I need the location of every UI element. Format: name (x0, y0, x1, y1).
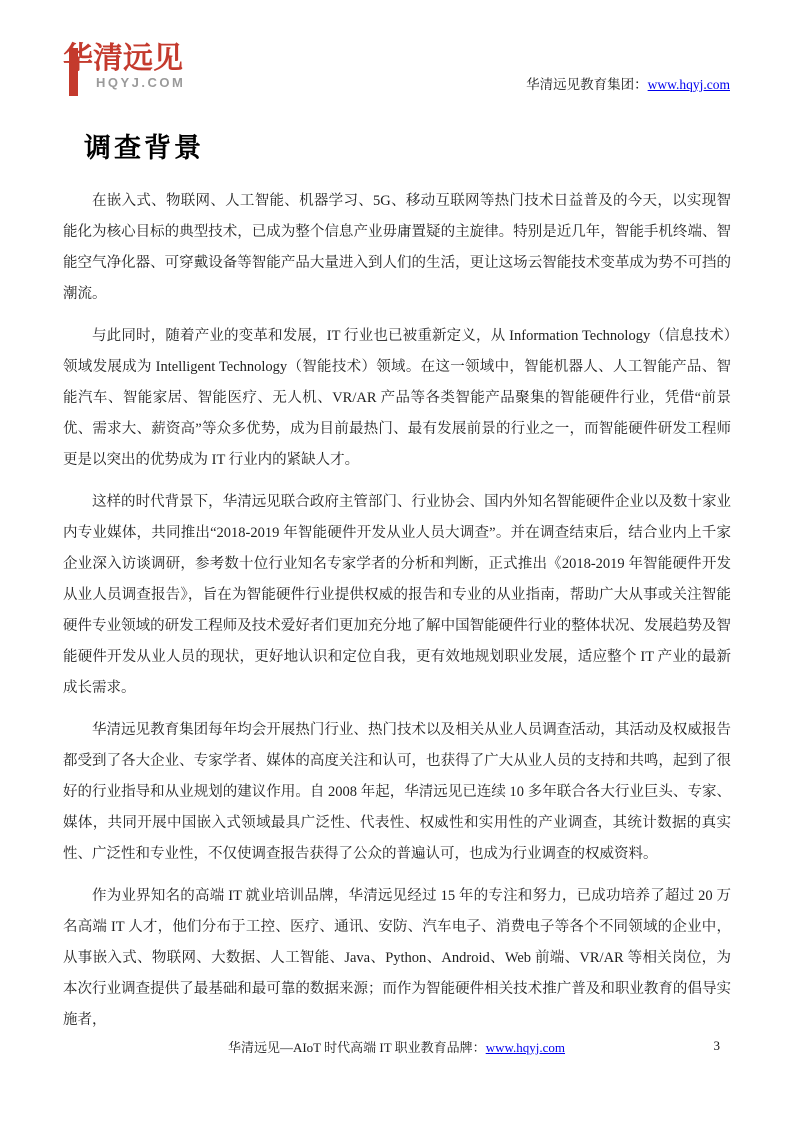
document-body: 在嵌入式、物联网、人工智能、机器学习、5G、移动互联网等热门技术日益普及的今天，… (63, 186, 731, 1036)
header-company-label: 华清远见教育集团： (526, 77, 648, 92)
footer-website-link[interactable]: www.hqyj.com (486, 1040, 565, 1055)
section-title: 调查背景 (84, 126, 204, 165)
page-number: 3 (714, 1038, 721, 1054)
paragraph-training-brand: 作为业界知名的高端 IT 就业培训品牌，华清远见经过 15 年的专注和努力，已成… (63, 881, 731, 1036)
hqyj-logo: 华清远见 HQYJ.COM (63, 44, 203, 90)
footer-brand-label: 华清远见—AIoT 时代高端 IT 职业教育品牌： (228, 1040, 486, 1055)
page-header: 华清远见 HQYJ.COM 华清远见教育集团：www.hqyj.com (0, 0, 793, 110)
logo-brand-text: 华清远见 (63, 44, 203, 74)
paragraph-intro-smart-tech: 在嵌入式、物联网、人工智能、机器学习、5G、移动互联网等热门技术日益普及的今天，… (63, 186, 731, 310)
paragraph-annual-surveys: 华清远见教育集团每年均会开展热门行业、热门技术以及相关从业人员调查活动，其活动及… (63, 715, 731, 870)
paragraph-it-redefined: 与此同时，随着产业的变革和发展，IT 行业也已被重新定义，从 Informati… (63, 321, 731, 476)
header-company-line: 华清远见教育集团：www.hqyj.com (526, 73, 730, 93)
paragraph-survey-launch: 这样的时代背景下，华清远见联合政府主管部门、行业协会、国内外知名智能硬件企业以及… (63, 487, 731, 704)
page-footer: 华清远见—AIoT 时代高端 IT 职业教育品牌：www.hqyj.com 3 (63, 1037, 730, 1056)
document-page: 华清远见 HQYJ.COM 华清远见教育集团：www.hqyj.com 调查背景… (0, 0, 793, 1122)
logo-domain-text: HQYJ.COM (96, 75, 203, 90)
header-website-link[interactable]: www.hqyj.com (648, 77, 730, 92)
